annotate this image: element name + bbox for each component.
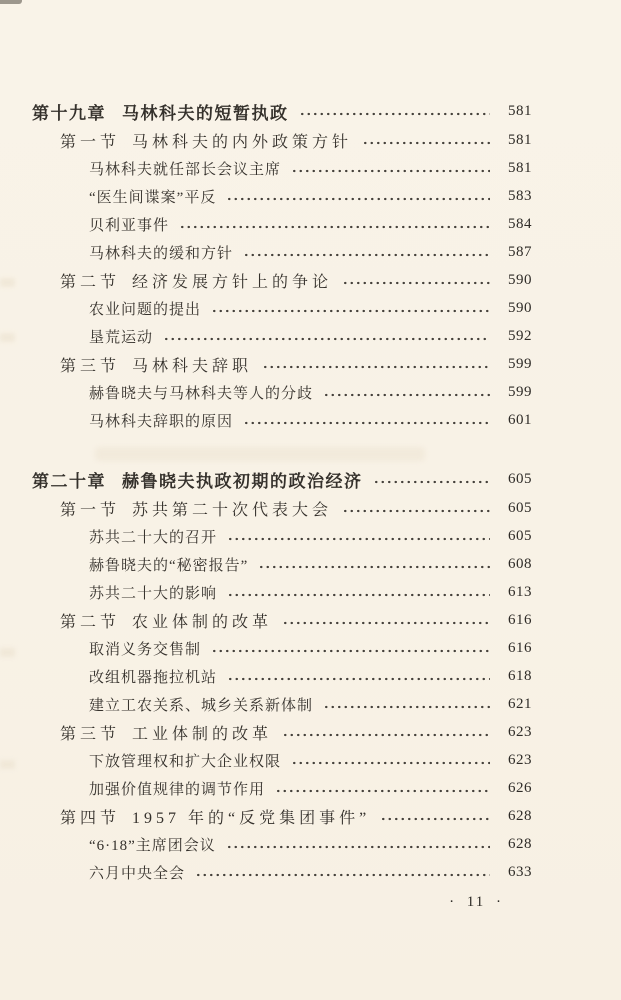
- toc-entry-page: 590: [498, 300, 532, 317]
- toc-entry-label: 第二节: [60, 269, 120, 292]
- toc-row-sub: 马林科夫的缓和方针587: [89, 238, 532, 266]
- dot-leader: [282, 732, 490, 738]
- toc-entry-page: 601: [498, 412, 532, 429]
- toc-entry-title: 加强价值规律的调节作用: [89, 778, 265, 799]
- toc-row-sub: 加强价值规律的调节作用626: [89, 774, 532, 802]
- toc-entry-title: 苏共二十大的影响: [89, 582, 217, 603]
- dot-leader: [291, 168, 490, 174]
- toc-row-sub: 马林科夫辞职的原因601: [89, 406, 532, 434]
- toc-row-sub: 贝利亚事件584: [89, 210, 532, 238]
- dot-leader: [243, 252, 490, 258]
- toc-entry-page: 623: [498, 724, 532, 741]
- dot-leader: [226, 844, 490, 850]
- toc-entry-page: 628: [498, 836, 532, 853]
- toc-entry-page: 592: [498, 328, 532, 345]
- toc-row-sub: 农业问题的提出590: [89, 294, 532, 322]
- toc-row-sub: 取消义务交售制616: [89, 634, 532, 662]
- toc-row-sub: 下放管理权和扩大企业权限623: [89, 746, 532, 774]
- toc-entry-title: 赫鲁晓夫的“秘密报告”: [89, 554, 248, 575]
- page-folio: · 11 ·: [449, 894, 503, 911]
- toc-entry-title: 垦荒运动: [89, 326, 153, 347]
- toc-entry-title: 马林科夫就任部长会议主席: [89, 158, 281, 179]
- toc-entry-title: 马林科夫辞职的原因: [89, 410, 233, 431]
- toc-entry-page: 633: [498, 864, 532, 881]
- dot-leader: [195, 872, 490, 878]
- toc-row-section: 第三节工业体制的改革623: [60, 718, 532, 746]
- toc-entry-page: 613: [498, 584, 532, 601]
- toc-row-sub: 建立工农关系、城乡关系新体制621: [89, 690, 532, 718]
- toc-entry-title: 农业体制的改革: [132, 609, 272, 632]
- dot-leader: [362, 140, 490, 146]
- toc-entry-page: 626: [498, 780, 532, 797]
- toc-entry-label: 第二十章: [32, 467, 106, 492]
- dot-leader: [258, 564, 490, 570]
- dot-leader: [342, 508, 490, 514]
- toc-entry-title: 赫鲁晓夫执政初期的政治经济: [122, 467, 363, 492]
- toc-row-sub: 改组机器拖拉机站618: [89, 662, 532, 690]
- dot-leader: [211, 648, 490, 654]
- dot-leader: [342, 280, 490, 286]
- dot-leader: [323, 704, 490, 710]
- toc-entry-page: 599: [498, 384, 532, 401]
- toc-entry-title: 取消义务交售制: [89, 638, 201, 659]
- dot-leader: [262, 364, 490, 370]
- toc-entry-page: 587: [498, 244, 532, 261]
- dot-leader: [243, 420, 490, 426]
- toc-entry-title: 六月中央全会: [89, 862, 185, 883]
- toc-entry-title: 苏共第二十次代表大会: [132, 497, 332, 520]
- dot-leader: [227, 536, 490, 542]
- dot-leader: [226, 196, 490, 202]
- toc-row-sub: 赫鲁晓夫的“秘密报告”608: [89, 550, 532, 578]
- toc-row-section: 第三节马林科夫辞职599: [60, 350, 532, 378]
- toc-entry-title: 马林科夫辞职: [132, 353, 252, 376]
- toc-row-sub: 马林科夫就任部长会议主席581: [89, 154, 532, 182]
- toc-entry-page: 581: [498, 132, 532, 149]
- toc-row-chapter: 第十九章马林科夫的短暂执政581: [32, 96, 532, 126]
- toc-row-chapter: 第二十章赫鲁晓夫执政初期的政治经济605: [32, 464, 532, 494]
- dot-leader: [163, 336, 490, 342]
- toc-entry-page: 618: [498, 668, 532, 685]
- toc-entry-page: 608: [498, 556, 532, 573]
- dot-leader: [323, 392, 490, 398]
- toc-row-section: 第二节农业体制的改革616: [60, 606, 532, 634]
- toc-entry-page: 590: [498, 272, 532, 289]
- toc-row-section: 第二节经济发展方针上的争论590: [60, 266, 532, 294]
- toc-entry-page: 621: [498, 696, 532, 713]
- toc-entry-page: 628: [498, 808, 532, 825]
- toc-entry-page: 605: [498, 471, 532, 488]
- table-of-contents: 第十九章马林科夫的短暂执政581第一节马林科夫的内外政策方针581马林科夫就任部…: [0, 0, 621, 886]
- toc-entry-title: 马林科夫的短暂执政: [122, 99, 289, 124]
- toc-row-sub: “医生间谍案”平反583: [89, 182, 532, 210]
- toc-entry-title: 农业问题的提出: [89, 298, 201, 319]
- toc-entry-label: 第一节: [60, 129, 120, 152]
- toc-row-sub: 赫鲁晓夫与马林科夫等人的分歧599: [89, 378, 532, 406]
- toc-row-section: 第一节马林科夫的内外政策方针581: [60, 126, 532, 154]
- dot-leader: [291, 760, 490, 766]
- dot-leader: [380, 816, 490, 822]
- folio-text: · 11 ·: [449, 894, 503, 910]
- toc-entry-page: 605: [498, 528, 532, 545]
- toc-row-sub: 苏共二十大的影响613: [89, 578, 532, 606]
- toc-entry-page: 583: [498, 188, 532, 205]
- dot-leader: [227, 676, 490, 682]
- toc-row-section: 第四节1957 年的“反党集团事件”628: [60, 802, 532, 830]
- toc-entry-page: 599: [498, 356, 532, 373]
- toc-entry-label: 第三节: [60, 353, 120, 376]
- toc-entry-page: 616: [498, 612, 532, 629]
- dot-leader: [211, 308, 490, 314]
- toc-entry-label: 第二节: [60, 609, 120, 632]
- toc-entry-title: 改组机器拖拉机站: [89, 666, 217, 687]
- dot-leader: [179, 224, 490, 230]
- toc-entry-title: 马林科夫的缓和方针: [89, 242, 233, 263]
- toc-entry-label: 第四节: [60, 805, 120, 828]
- toc-entry-label: 第三节: [60, 721, 120, 744]
- toc-row-section: 第一节苏共第二十次代表大会605: [60, 494, 532, 522]
- toc-entry-label: 第十九章: [32, 99, 106, 124]
- toc-entry-title: 下放管理权和扩大企业权限: [89, 750, 281, 771]
- dot-leader: [275, 788, 490, 794]
- toc-entry-page: 623: [498, 752, 532, 769]
- toc-entry-title: 1957 年的“反党集团事件”: [132, 805, 370, 828]
- toc-entry-title: 苏共二十大的召开: [89, 526, 217, 547]
- toc-entry-title: “医生间谍案”平反: [89, 186, 216, 207]
- toc-row-sub: 六月中央全会633: [89, 858, 532, 886]
- toc-entry-title: “6·18”主席团会议: [89, 834, 216, 855]
- toc-entry-page: 616: [498, 640, 532, 657]
- toc-entry-title: 赫鲁晓夫与马林科夫等人的分歧: [89, 382, 313, 403]
- toc-entry-label: 第一节: [60, 497, 120, 520]
- toc-entry-page: 581: [498, 160, 532, 177]
- toc-entry-page: 605: [498, 500, 532, 517]
- toc-entry-title: 工业体制的改革: [132, 721, 272, 744]
- toc-row-sub: 苏共二十大的召开605: [89, 522, 532, 550]
- dot-leader: [299, 111, 491, 117]
- book-page: 第十九章马林科夫的短暂执政581第一节马林科夫的内外政策方针581马林科夫就任部…: [0, 0, 621, 1000]
- dot-leader: [282, 620, 490, 626]
- toc-entry-title: 经济发展方针上的争论: [132, 269, 332, 292]
- toc-entry-title: 贝利亚事件: [89, 214, 169, 235]
- toc-entry-title: 马林科夫的内外政策方针: [132, 129, 352, 152]
- dot-leader: [227, 592, 490, 598]
- toc-entry-page: 584: [498, 216, 532, 233]
- toc-row-sub: 垦荒运动592: [89, 322, 532, 350]
- toc-entry-title: 建立工农关系、城乡关系新体制: [89, 694, 313, 715]
- toc-entry-page: 581: [498, 103, 532, 120]
- toc-row-sub: “6·18”主席团会议628: [89, 830, 532, 858]
- dot-leader: [373, 479, 491, 485]
